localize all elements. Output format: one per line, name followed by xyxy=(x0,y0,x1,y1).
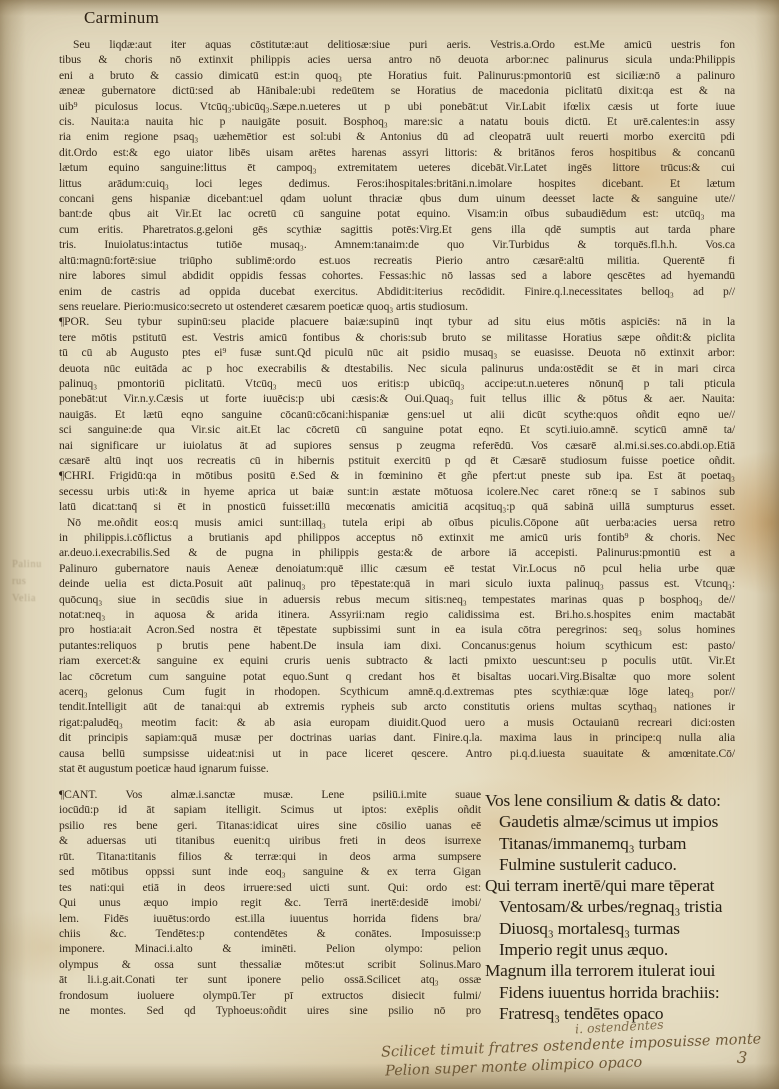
text-line: olympus & ossa sunt thessaliæ mōtes:ut s… xyxy=(59,957,481,972)
text-line: sens reuelare. Pierio:musico:secreto ut … xyxy=(59,299,735,314)
handwritten-interlinear-gloss: i. ostendentes xyxy=(575,1017,664,1037)
text-line: acerq₃ gelonus Cum fugit in rhodopen. Sc… xyxy=(59,684,735,699)
text-line: causa bellū sumpsisse uideat:nisi ut in … xyxy=(59,746,735,761)
text-line: deuota nūc euitāda ac p hoc execrabilis … xyxy=(59,361,735,376)
verse-line: Vos lene consilium & datis & dato: xyxy=(485,790,777,811)
text-line: concani gens hispaniæ dicebant:uel qdam … xyxy=(59,191,735,206)
commentary-text-block: Seu liqdæ:aut iter aquas cōstitutæ:aut d… xyxy=(59,37,735,777)
text-line: rigat:paludēq₃ meotim facit: & ab asia e… xyxy=(59,715,735,730)
text-line: Velia xyxy=(12,590,58,607)
verse-line: Magnum illa terrorem itulerat ioui xyxy=(485,960,777,981)
text-line: tes nati:qui etiā in deos irruere:sed ui… xyxy=(59,880,481,895)
handwritten-page-mark: 3 xyxy=(736,1048,747,1068)
text-line: littus arādum:cuiq₃ loci leges dedimus. … xyxy=(59,176,735,191)
text-line: ponebāt:ut Vir.n.y.Cæsis ut forte iuuēci… xyxy=(59,391,735,406)
text-line: ar.deuo.i.execrabilis.Sed & de pugna in … xyxy=(59,545,735,560)
text-line: tū cū ab Augusto ptes ei⁹ fusæ sunt.Qd p… xyxy=(59,345,735,360)
text-line: tris. Inuiolatus:intactus tutiōe musaq₃.… xyxy=(59,237,735,252)
verse-line: Imperio regit unus æquo. xyxy=(485,939,777,960)
text-line: imponere. Minaci.i.alto & iminēti. Pelio… xyxy=(59,941,481,956)
text-line: iocūdū:p id āt sapiam itelligit. Scimus … xyxy=(59,802,481,817)
text-line: notat:neq₃ in aquosa & arida itinera. As… xyxy=(59,607,735,622)
text-line: nauigās. Et lætū eqno sanguine cōcanū:cō… xyxy=(59,407,735,422)
text-line: secessu urbis uti:& in hyeme aprica ut b… xyxy=(59,484,735,499)
commentary-paragraph-cant: ¶CANT. Vos almæ.i.sanctæ musæ. Lene psil… xyxy=(59,787,481,1024)
text-line: cum eritis. Pharetratos.g.geloni gēs scy… xyxy=(59,222,735,237)
text-line: palinuq₃ pmontoriū piclitatū. Vtcūq₃ mec… xyxy=(59,376,735,391)
text-line: nire labores simul abdidit oppidis fessa… xyxy=(59,268,735,283)
text-line: nai significare ur iuiolatus āt ad supio… xyxy=(59,438,735,453)
margin-bleedthrough-note: PalinurusVelia xyxy=(12,556,58,607)
text-line: Palinu xyxy=(12,556,58,573)
text-line: uib⁹ piculosus locus. Vtcūq₃:ubicūq₃.Sæp… xyxy=(59,99,735,114)
text-line: Nō me.oñdit eos:q musis amici sunt:illaq… xyxy=(59,515,735,530)
text-line: deinde uelia est dicta.Posuit aūt palinu… xyxy=(59,576,735,591)
text-line: rus xyxy=(12,573,58,590)
text-line: lac cōcretum cum sanguine potat equo.Sun… xyxy=(59,669,735,684)
verse-line: Qui terram inertē/qui mare tēperat xyxy=(485,875,777,896)
text-line: quōcunq₃ siue in secūdis siue in aduersi… xyxy=(59,592,735,607)
text-line: dit principis sapiam:quā musæ per doctri… xyxy=(59,730,735,745)
text-line: lem. Fidēs iuuētus:ordo est.illa iuuentu… xyxy=(59,911,481,926)
text-line: pro hostia:ait Acron.Sed nostra ēt tēpes… xyxy=(59,622,735,637)
verse-line: Ventosam/& urbes/regnaq₃ tristia xyxy=(485,896,777,917)
text-line: ria enim regione psaq₃ uæhemētior est so… xyxy=(59,129,735,144)
text-line: chiis &c. Tendētes:p contendētes & conāt… xyxy=(59,926,481,941)
text-line: Qui unus æquo impio regit &c. Terrā iner… xyxy=(59,895,481,910)
text-line: ¶CHRI. Frigidū:qa in mōtibus positū ē.Se… xyxy=(59,468,735,483)
text-line: stat ēt augustum poeticæ haud ignarum fu… xyxy=(59,761,735,776)
verse-line: Fidens iuuentus horrida brachiis: xyxy=(485,982,777,1003)
text-line: riam exercet:& sanguine ex equini cruris… xyxy=(59,653,735,668)
text-line: lætum equino sanguine:littus ēt campoq₃ … xyxy=(59,160,735,175)
text-line: frondosum iuoluere olympū.Ter pī extruct… xyxy=(59,988,481,1003)
book-page-scan: Carminum PalinurusVelia Seu liqdæ:aut it… xyxy=(0,0,779,1089)
text-line: bant:de qbus ait Vir.Et lac ocretū cū sa… xyxy=(59,206,735,221)
text-line: Palinuro gubernatore nauis Aeneæ denoiat… xyxy=(59,561,735,576)
bottom-section: ¶CANT. Vos almæ.i.sanctæ musæ. Lene psil… xyxy=(59,787,773,1024)
text-line: & aduersas uti titanibus euenit:q uiribu… xyxy=(59,833,481,848)
text-line: sci sanguine:de qua Vir.sic ait.Et lac c… xyxy=(59,422,735,437)
text-line: ne montes. Sed qd Typhoeus:oñdit uires s… xyxy=(59,1003,481,1018)
text-line: tendit.Intelligit aūt de tanai:qui ab ex… xyxy=(59,699,735,714)
text-line: Seu liqdæ:aut iter aquas cōstitutæ:aut d… xyxy=(59,37,735,52)
text-line: rūt. Titana:titanis filios & terræ:qui i… xyxy=(59,849,481,864)
text-line: cis. Nauita:a nauita hic p nauigāte posu… xyxy=(59,114,735,129)
verse-line: Fulmine sustulerit caduco. xyxy=(485,854,777,875)
text-line: tere mōtis pstitutū est. Vestris amicū f… xyxy=(59,330,735,345)
verse-line: Gaudetis almæ/scimus ut impios xyxy=(485,811,777,832)
text-line: in philippis.i.cōflictus a brutianis apd… xyxy=(59,530,735,545)
text-line: enim de castris ad oppida ducebat exerci… xyxy=(59,284,735,299)
text-line: cæsarē altū inqt uos recreatis cū in hib… xyxy=(59,453,735,468)
verse-line: Titanas/immanemq₃ turbam xyxy=(485,833,777,854)
commentary-paragraph-1: Seu liqdæ:aut iter aquas cōstitutæ:aut d… xyxy=(59,37,735,314)
commentary-paragraph-non-me: Nō me.oñdit eos:q musis amici sunt:illaq… xyxy=(59,515,735,777)
commentary-paragraph-por: ¶POR. Seu tybur supinū:seu placide placu… xyxy=(59,314,735,468)
text-line: latū dicat:tanq̄ si ēt in pnosticū fuiss… xyxy=(59,499,735,514)
verse-quotation-block: Vos lene consilium & datis & dato: Gaude… xyxy=(481,787,777,1024)
text-line: dit.Ordo est:& ego uiator libēs uisam ar… xyxy=(59,145,735,160)
text-line: sed mōtibus oppssi sunt inde eoq₃ sangui… xyxy=(59,864,481,879)
text-line: āt li.i.g.ait.Conati ter sunt iponere pe… xyxy=(59,972,481,987)
text-line: ¶POR. Seu tybur supinū:seu placide placu… xyxy=(59,314,735,329)
text-line: ¶CANT. Vos almæ.i.sanctæ musæ. Lene psil… xyxy=(59,787,481,802)
commentary-paragraph-chri: ¶CHRI. Frigidū:qa in mōtibus positū ē.Se… xyxy=(59,468,735,514)
text-line: eni a bruto & cassio dimicatū est:in quo… xyxy=(59,68,735,83)
verse-line: Diuosq₃ mortalesq₃ turmas xyxy=(485,918,777,939)
text-line: psilio res bene geri. Titanas:idicat uir… xyxy=(59,818,481,833)
text-line: tibus & choris nō extinxit philippis aci… xyxy=(59,52,735,67)
running-header: Carminum xyxy=(84,8,159,28)
text-line: altū:magnū:fortē:siue triūpho sublimē:or… xyxy=(59,253,735,268)
text-line: æneæ gubernatore dictū:sed ab Hānibale:u… xyxy=(59,83,735,98)
text-line: putantes:reliquos p brutis pene habent.D… xyxy=(59,638,735,653)
